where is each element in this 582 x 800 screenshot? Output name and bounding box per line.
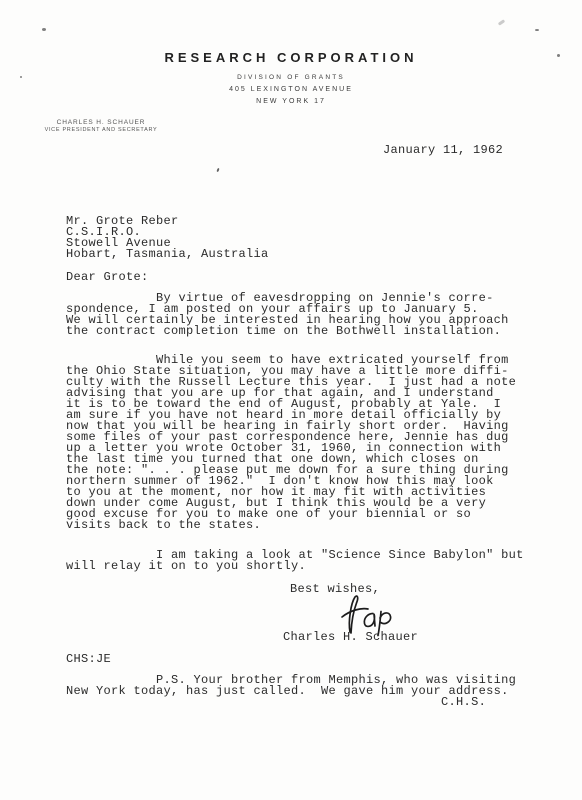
company-street-address: 405 LEXINGTON AVENUE [0,86,582,93]
recipient-address: Mr. Grote ReberC.S.I.R.O.Stowell AvenueH… [66,216,269,260]
body-paragraph-2: While you seem to have extricated yourse… [66,355,516,531]
body-paragraph-3: I am taking a look at "Science Since Bab… [66,550,524,572]
letterhead: RESEARCH CORPORATION DIVISION OF GRANTS … [0,50,582,105]
officer-title: VICE PRESIDENT AND SECRETARY [36,127,166,133]
company-city: NEW YORK 17 [0,98,582,105]
letter-page: RESEARCH CORPORATION DIVISION OF GRANTS … [0,0,582,800]
signature-typed-name: Charles H. Schauer [283,632,418,643]
reference-initials: CHS:JE [66,654,111,665]
officer-name: CHARLES H. SCHAUER [36,119,166,126]
text-line: C.H.S. [66,697,516,708]
text-line: will relay it on to you shortly. [66,561,524,572]
company-division: DIVISION OF GRANTS [0,74,582,81]
text-line: the contract completion time on the Both… [66,326,509,337]
scan-speck [42,28,46,31]
date-line: January 11, 1962 [383,145,503,156]
body-paragraph-1: By virtue of eavesdropping on Jennie's c… [66,293,509,337]
scan-speck [557,54,560,57]
scan-speck [535,29,539,31]
company-name: RESEARCH CORPORATION [0,50,582,65]
text-line: Hobart, Tasmania, Australia [66,249,269,260]
text-line: visits back to the states. [66,520,516,531]
officer-block: CHARLES H. SCHAUER VICE PRESIDENT AND SE… [36,119,166,133]
scan-speck [216,168,219,172]
scan-speck [20,76,22,78]
postscript-block: P.S. Your brother from Memphis, who was … [66,675,516,708]
salutation: Dear Grote: [66,272,149,283]
scan-smudge [498,19,505,25]
